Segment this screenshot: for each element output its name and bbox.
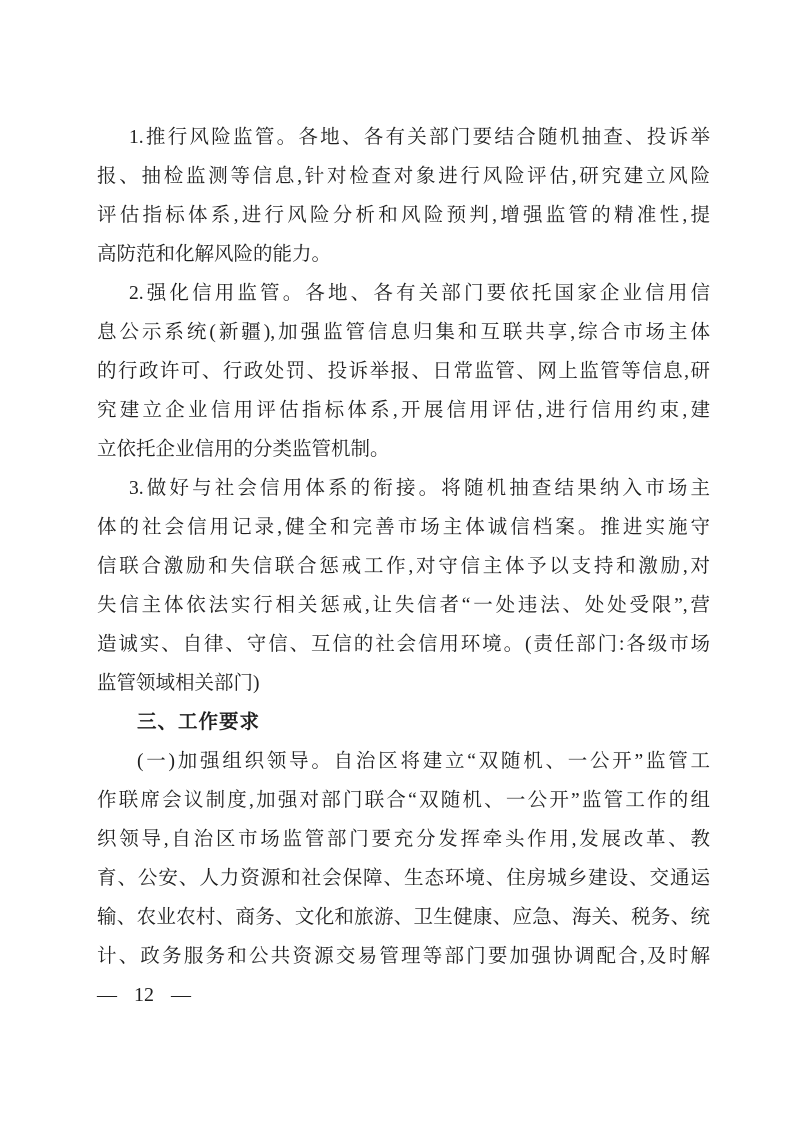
paragraph-strengthen-leadership: (一)加强组织领导。自治区将建立“双随机、一公开”监管工 作联席会议制度,加强对…: [97, 742, 710, 976]
section-heading-work-requirements: 三、工作要求: [97, 703, 710, 742]
text-line: 高防范和化解风险的能力。: [97, 235, 710, 274]
text-line: 立依托企业信用的分类监管机制。: [97, 430, 710, 469]
document-page: 1.推行风险监管。各地、各有关部门要结合随机抽查、投诉举 报、抽检监测等信息,针…: [0, 0, 793, 1122]
text-line: 信联合激励和失信联合惩戒工作,对守信主体予以支持和激励,对: [97, 547, 710, 586]
text-line: 作联席会议制度,加强对部门联合“双随机、一公开”监管工作的组: [97, 781, 710, 820]
page-number: — 12 —: [97, 984, 191, 1006]
text-line: 监管领域相关部门): [97, 664, 710, 703]
text-line: 评估指标体系,进行风险分析和风险预判,增强监管的精准性,提: [97, 196, 710, 235]
text-line: 2.强化信用监管。各地、各有关部门要依托国家企业信用信: [97, 274, 710, 313]
text-line: 究建立企业信用评估指标体系,开展信用评估,进行信用约束,建: [97, 391, 710, 430]
text-line: 织领导,自治区市场监管部门要充分发挥牵头作用,发展改革、教: [97, 820, 710, 859]
text-line: 输、农业农村、商务、文化和旅游、卫生健康、应急、海关、税务、统: [97, 898, 710, 937]
text-line: 1.推行风险监管。各地、各有关部门要结合随机抽查、投诉举: [97, 118, 710, 157]
paragraph-credit-supervision: 2.强化信用监管。各地、各有关部门要依托国家企业信用信 息公示系统(新疆),加强…: [97, 274, 710, 469]
section-heading: 三、工作要求: [97, 703, 710, 742]
page-footer: — 12 —: [97, 976, 710, 1015]
text-line: 报、抽检监测等信息,针对检查对象进行风险评估,研究建立风险: [97, 157, 710, 196]
paragraph-risk-supervision: 1.推行风险监管。各地、各有关部门要结合随机抽查、投诉举 报、抽检监测等信息,针…: [97, 118, 710, 274]
text-line: 体的社会信用记录,健全和完善市场主体诚信档案。推进实施守: [97, 508, 710, 547]
text-line: 造诚实、自律、守信、互信的社会信用环境。(责任部门:各级市场: [97, 625, 710, 664]
text-line: 的行政许可、行政处罚、投诉举报、日常监管、网上监管等信息,研: [97, 352, 710, 391]
text-line: 计、政务服务和公共资源交易管理等部门要加强协调配合,及时解: [97, 937, 710, 976]
text-line: 失信主体依法实行相关惩戒,让失信者“一处违法、处处受限”,营: [97, 586, 710, 625]
document-body: 1.推行风险监管。各地、各有关部门要结合随机抽查、投诉举 报、抽检监测等信息,针…: [97, 118, 710, 1015]
text-line: (一)加强组织领导。自治区将建立“双随机、一公开”监管工: [97, 742, 710, 781]
text-line: 息公示系统(新疆),加强监管信息归集和互联共享,综合市场主体: [97, 313, 710, 352]
text-line: 3.做好与社会信用体系的衔接。将随机抽查结果纳入市场主: [97, 469, 710, 508]
paragraph-social-credit-linkage: 3.做好与社会信用体系的衔接。将随机抽查结果纳入市场主 体的社会信用记录,健全和…: [97, 469, 710, 703]
text-line: 育、公安、人力资源和社会保障、生态环境、住房城乡建设、交通运: [97, 859, 710, 898]
